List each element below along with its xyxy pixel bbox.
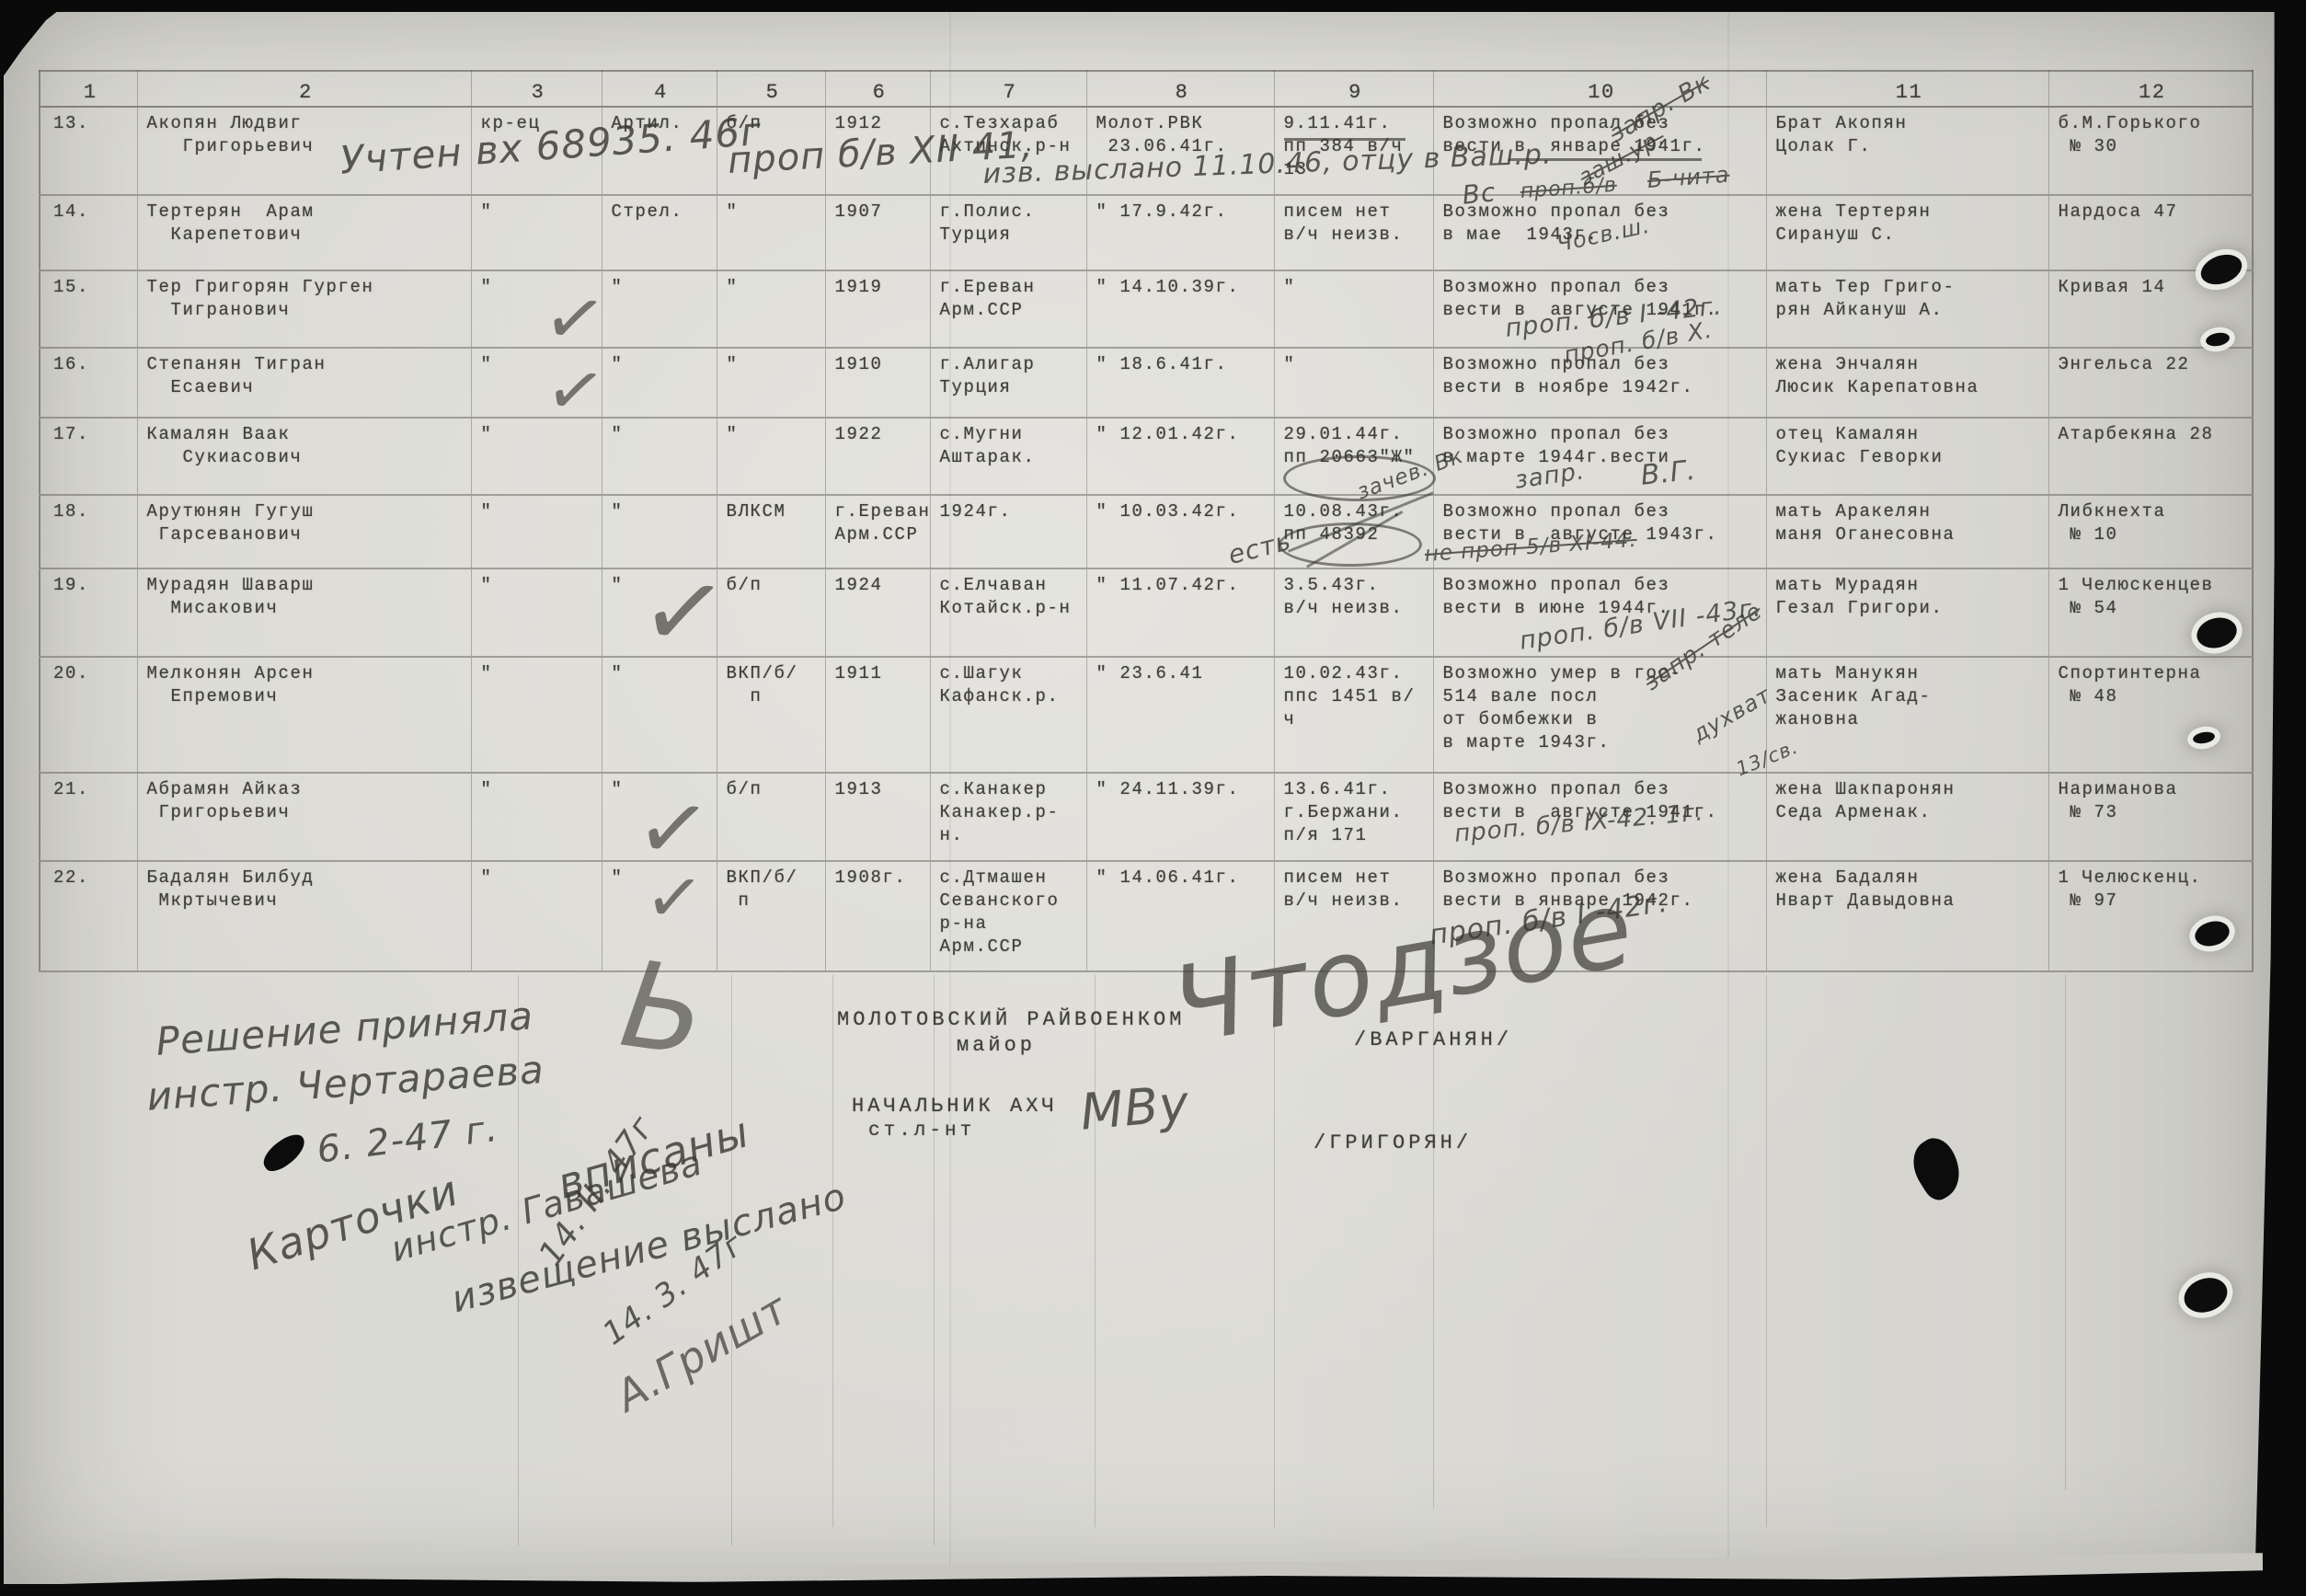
official-rank: ст.л-нт [868, 1120, 975, 1142]
relative-cell: мать Тер Григо- рян Айкануш А. [1766, 270, 2048, 348]
table-row: 16. Степанян Тигран Есаевич " " " 1910 г… [40, 348, 2253, 418]
birthplace-cell: с.Канакер Канакер.р-н. [930, 773, 1086, 861]
ruled-line [934, 975, 935, 1545]
party-cell: " [717, 195, 825, 270]
ruled-line [1433, 975, 1434, 1509]
column-number: 1 [40, 71, 137, 107]
scanned-document: 1 2 3 4 5 6 7 8 9 10 11 12 13. Акопян Лю… [0, 0, 2306, 1596]
rank-cell: " [471, 773, 602, 861]
draft-cell: " 14.10.39г. [1086, 270, 1274, 348]
relative-cell: мать Мурадян Гезал Григори. [1766, 568, 2048, 657]
signature-name: /ГРИГОРЯН/ [1314, 1131, 1472, 1154]
casualty-record-table: 1 2 3 4 5 6 7 8 9 10 11 12 13. Акопян Лю… [39, 70, 2254, 972]
column-number: 9 [1274, 71, 1433, 107]
column-number: 3 [471, 71, 602, 107]
address-cell: Спортинтерна № 48 [2048, 657, 2253, 773]
column-number: 2 [137, 71, 471, 107]
address-cell: б.М.Горького № 30 [2048, 107, 2253, 195]
name-cell: Бадалян Билбуд Мкртычевич [137, 861, 471, 971]
name-cell: Мелконян Арсен Епремович [137, 657, 471, 773]
name-cell: Мурадян Шаварш Мисакович [137, 568, 471, 657]
name-cell: Камалян Ваак Сукиасович [137, 418, 471, 495]
address-cell: Нариманова № 73 [2048, 773, 2253, 861]
ruled-line [2065, 975, 2066, 1490]
name-cell: Абрамян Айказ Григорьевич [137, 773, 471, 861]
handwritten-note: Вс [1461, 177, 1497, 211]
table-row: 19. Мурадян Шаварш Мисакович " " б/п 192… [40, 568, 2253, 657]
column-number: 10 [1433, 71, 1766, 107]
relative-cell: мать Манукян Засеник Агад- жановна [1766, 657, 2048, 773]
birthplace-cell: с.Шагук Кафанск.р. [930, 657, 1086, 773]
column-number: 12 [2048, 71, 2253, 107]
rank-cell: " [471, 195, 602, 270]
draft-cell: " 23.6.41 [1086, 657, 1274, 773]
table-row: 22. Бадалян Билбуд Мкртычевич " " ВКП/б/… [40, 861, 2253, 971]
birth-year-cell: 1907 [825, 195, 930, 270]
row-number: 21. [40, 773, 137, 861]
address-cell: Атарбекяна 28 [2048, 418, 2253, 495]
ruled-line [832, 975, 833, 1527]
row-number: 19. [40, 568, 137, 657]
draft-cell: " 17.9.42г. [1086, 195, 1274, 270]
ink-signature: МВу [1078, 1074, 1192, 1142]
table-row: 14. Тертерян Арам Карепетович " Стрел. "… [40, 195, 2253, 270]
table-row: 15. Тер Григорян Гурген Тигранович " " "… [40, 270, 2253, 348]
last-news-cell: 13.6.41г. г.Бержани. п/я 171 [1274, 773, 1433, 861]
relative-cell: жена Тертерян Сирануш С. [1766, 195, 2048, 270]
row-number: 18. [40, 495, 137, 568]
draft-cell: " 12.01.42г. [1086, 418, 1274, 495]
table-row: 20. Мелконян Арсен Епремович " " ВКП/б/ … [40, 657, 2253, 773]
rank-cell: " [471, 657, 602, 773]
birth-year-cell: 1924 [825, 568, 930, 657]
branch-cell: " [602, 418, 717, 495]
official-title: МОЛОТОВСКИЙ РАЙВОЕНКОМ [837, 1008, 1185, 1031]
name-cell: Тертерян Арам Карепетович [137, 195, 471, 270]
party-cell: б/п [717, 773, 825, 861]
address-cell: Энгельса 22 [2048, 348, 2253, 418]
official-rank: майор [957, 1034, 1036, 1057]
birthplace-cell: г.Полис. Турция [930, 195, 1086, 270]
ruled-line [1766, 975, 1767, 1527]
birth-year-cell: г.Ереван Арм.ССР [825, 495, 930, 568]
birthplace-cell: с.Мугни Аштарак. [930, 418, 1086, 495]
ruled-line [1274, 975, 1275, 1527]
rank-cell: " [471, 568, 602, 657]
birth-year-cell: 1913 [825, 773, 930, 861]
column-number: 5 [717, 71, 825, 107]
scanner-edge-top [0, 0, 2306, 12]
name-cell: Тер Григорян Гурген Тигранович [137, 270, 471, 348]
rank-cell: " [471, 861, 602, 971]
address-cell: 1 Челюскенц. № 97 [2048, 861, 2253, 971]
draft-cell: " 18.6.41г. [1086, 348, 1274, 418]
address-cell: Либкнехта № 10 [2048, 495, 2253, 568]
branch-cell: " [602, 348, 717, 418]
ruled-line [1095, 975, 1096, 1527]
birth-year-cell: 1910 [825, 348, 930, 418]
column-number: 4 [602, 71, 717, 107]
column-number: 8 [1086, 71, 1274, 107]
party-cell: " [717, 348, 825, 418]
draft-cell: " 24.11.39г. [1086, 773, 1274, 861]
birthplace-cell: с.Елчаван Котайск.р-н [930, 568, 1086, 657]
column-number: 7 [930, 71, 1086, 107]
last-news-cell: " [1274, 270, 1433, 348]
birth-year-cell: 1908г. [825, 861, 930, 971]
row-number: 20. [40, 657, 137, 773]
last-news-cell: 10.02.43г. ппс 1451 в/ч [1274, 657, 1433, 773]
table-row: 21. Абрамян Айказ Григорьевич " " б/п 19… [40, 773, 2253, 861]
relative-cell: мать Аракелян маня Оганесовна [1766, 495, 2048, 568]
name-cell: Арутюнян Гугуш Гарсеванович [137, 495, 471, 568]
pencil-checkmark: ✓ [641, 854, 709, 941]
handwritten-note: В.Г. [1639, 454, 1698, 492]
table-row: 17. Камалян Ваак Сукиасович " " " 1922 с… [40, 418, 2253, 495]
relative-cell: жена Бадалян Нварт Давыдовна [1766, 861, 2048, 971]
conclusion-cell: Возможно пропал без в марте 1944г.вести [1433, 418, 1766, 495]
birth-year-cell: 1911 [825, 657, 930, 773]
rank-cell: " [471, 495, 602, 568]
official-title: НАЧАЛЬНИК АХЧ [852, 1095, 1058, 1118]
header-row: 1 2 3 4 5 6 7 8 9 10 11 12 [40, 71, 2253, 107]
birthplace-cell: г.Ереван Арм.ССР [930, 270, 1086, 348]
birthplace-cell: г.Алигар Турция [930, 348, 1086, 418]
party-cell: " [717, 418, 825, 495]
relative-cell: жена Шакпаронян Седа Арменак. [1766, 773, 2048, 861]
pencil-underline [1284, 138, 1405, 141]
branch-cell: Стрел. [602, 195, 717, 270]
draft-cell: " 11.07.42г. [1086, 568, 1274, 657]
birth-year-cell: 1922 [825, 418, 930, 495]
last-news-cell: " [1274, 348, 1433, 418]
row-number: 17. [40, 418, 137, 495]
party-cell: ВКП/б/ п [717, 657, 825, 773]
pencil-checkmark: ✓ [633, 547, 736, 678]
last-news-cell: писем нет в/ч неизв. [1274, 195, 1433, 270]
column-number: 11 [1766, 71, 2048, 107]
relative-cell: отец Камалян Сукиас Геворки [1766, 418, 2048, 495]
birth-year-cell: 1919 [825, 270, 930, 348]
row-number: 15. [40, 270, 137, 348]
party-cell: ВЛКСМ [717, 495, 825, 568]
name-cell: Степанян Тигран Есаевич [137, 348, 471, 418]
party-cell: " [717, 270, 825, 348]
relative-cell: Брат Акопян Цолак Г. [1766, 107, 2048, 195]
column-number: 6 [825, 71, 930, 107]
branch-cell: " [602, 270, 717, 348]
row-number: 14. [40, 195, 137, 270]
last-news-cell: 3.5.43г. в/ч неизв. [1274, 568, 1433, 657]
row-number: 22. [40, 861, 137, 971]
relative-cell: жена Энчалян Люсик Карепатовна [1766, 348, 2048, 418]
birthplace-cell: 1924г. [930, 495, 1086, 568]
row-number: 16. [40, 348, 137, 418]
table-row: 18. Арутюнян Гугуш Гарсеванович " " ВЛКС… [40, 495, 2253, 568]
party-cell: б/п [717, 568, 825, 657]
birthplace-cell: с.Дтмашен Севанского р-на Арм.ССР [930, 861, 1086, 971]
row-number: 13. [40, 107, 137, 195]
party-cell: ВКП/б/ п [717, 861, 825, 971]
